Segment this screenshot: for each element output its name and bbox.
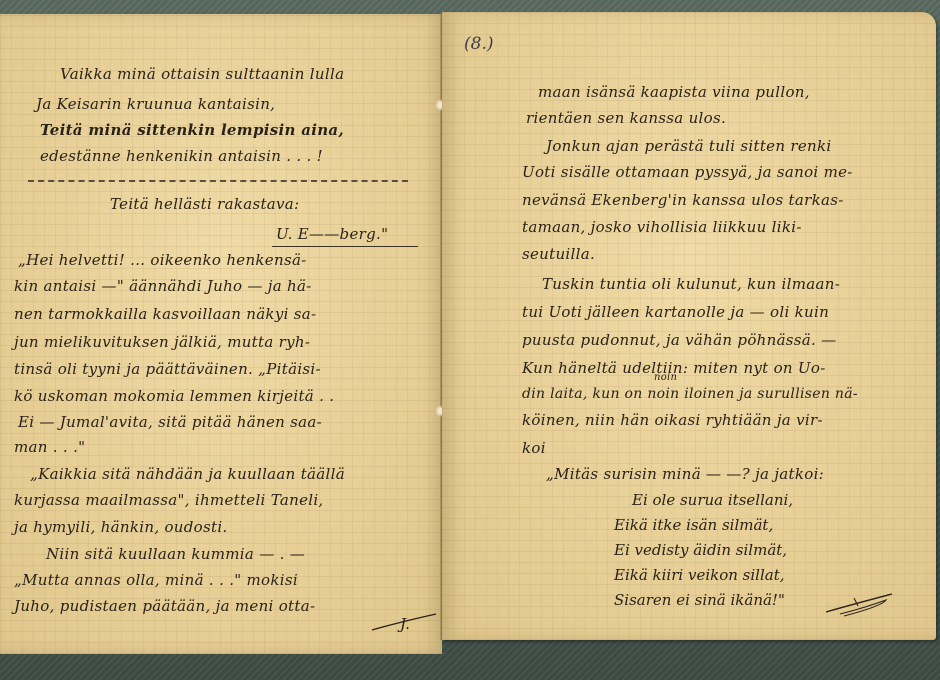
body-line: koi: [522, 438, 546, 458]
body-line: Juho, pudistaen päätään, ja meni otta-: [14, 596, 315, 616]
body-line: Ei — Jumal'avita, sitä pitää hänen saa-: [18, 412, 322, 432]
signature-flourish-icon: [824, 588, 896, 618]
body-line: „Mutta annas olla, minä . . ." mokisi: [14, 570, 298, 590]
body-line: tui Uoti jälleen kartanolle ja — oli kui…: [522, 302, 829, 322]
body-line: nen tarmokkailla kasvoillaan näkyi sa-: [14, 304, 316, 324]
body-line: „Hei helvetti! ... oikeenko henkensä-: [18, 250, 307, 270]
body-line: Uoti sisälle ottamaan pyssyä, ja sanoi m…: [522, 162, 853, 182]
body-line: kurjassa maailmassa", ihmetteli Taneli,: [14, 490, 324, 510]
poem-line: edestänne henkenikin antaisin . . . !: [40, 146, 323, 166]
page-number: (8.): [464, 34, 493, 54]
body-line: kö uskoman mokomia lemmen kirjeitä . .: [14, 386, 334, 406]
verse-line: Ei ole surua itsellani,: [632, 490, 793, 510]
body-line: Jonkun ajan perästä tuli sitten renki: [546, 136, 831, 156]
letter-closing: Teitä hellästi rakastava:: [110, 194, 299, 214]
body-line: Tuskin tuntia oli kulunut, kun ilmaan-: [542, 274, 840, 294]
quote-intro: „Mitäs surisin minä — —? ja jatkoi:: [546, 464, 824, 484]
body-line: nevänsä Ekenberg'in kanssa ulos tarkas-: [522, 190, 844, 210]
verse-line: Sisaren ei sinä ikänä!": [614, 590, 785, 610]
body-line: tinsä oli tyyni ja päättäväinen. „Pitäis…: [14, 359, 321, 379]
body-line: Niin sitä kuullaan kummia — . —: [46, 544, 305, 564]
letter-signature: U. E——berg.": [276, 224, 388, 244]
pen-flourish-icon: [370, 610, 440, 634]
verse-line: Eikä kiiri veikon sillat,: [614, 565, 785, 585]
body-line: kin antaisi —" äännähdi Juho — ja hä-: [14, 276, 312, 296]
body-line: jun mielikuvituksen jälkiä, mutta ryh-: [14, 332, 310, 352]
signature-underline: [272, 246, 418, 247]
verse-line: Eikä itke isän silmät,: [614, 515, 773, 535]
body-line: „Kaikkia sitä nähdään ja kuullaan täällä: [30, 464, 345, 484]
body-line: köinen, niin hän oikasi ryhtiään ja vir-: [522, 410, 823, 430]
poem-line: Ja Keisarin kruunua kantaisin,: [36, 94, 275, 114]
body-line: tamaan, josko vihollisia liikkuu liki-: [522, 217, 802, 237]
poem-line: Vaikka minä ottaisin sulttaanin lulla: [60, 64, 344, 84]
body-line: puusta pudonnut, ja vähän pöhnässä. —: [522, 330, 836, 350]
right-page: (8.) maan isänsä kaapista viina pullon, …: [442, 12, 936, 640]
body-line: ja hymyili, hänkin, oudosti.: [14, 517, 228, 537]
dashed-separator: [28, 180, 408, 182]
verse-line: Ei vedisty äidin silmät,: [614, 540, 787, 560]
body-line: seutuilla.: [522, 244, 595, 264]
notebook-spread: Vaikka minä ottaisin sulttaanin lulla Ja…: [0, 0, 940, 680]
body-line: din laita, kun on noin iloinen ja surull…: [522, 384, 858, 404]
left-page: Vaikka minä ottaisin sulttaanin lulla Ja…: [0, 14, 442, 654]
body-line: rientäen sen kanssa ulos.: [526, 108, 726, 128]
body-line: maan isänsä kaapista viina pullon,: [538, 82, 810, 102]
body-line: man . . .": [14, 437, 85, 457]
poem-line: Teitä minä sittenkin lempisin aina,: [40, 120, 344, 140]
